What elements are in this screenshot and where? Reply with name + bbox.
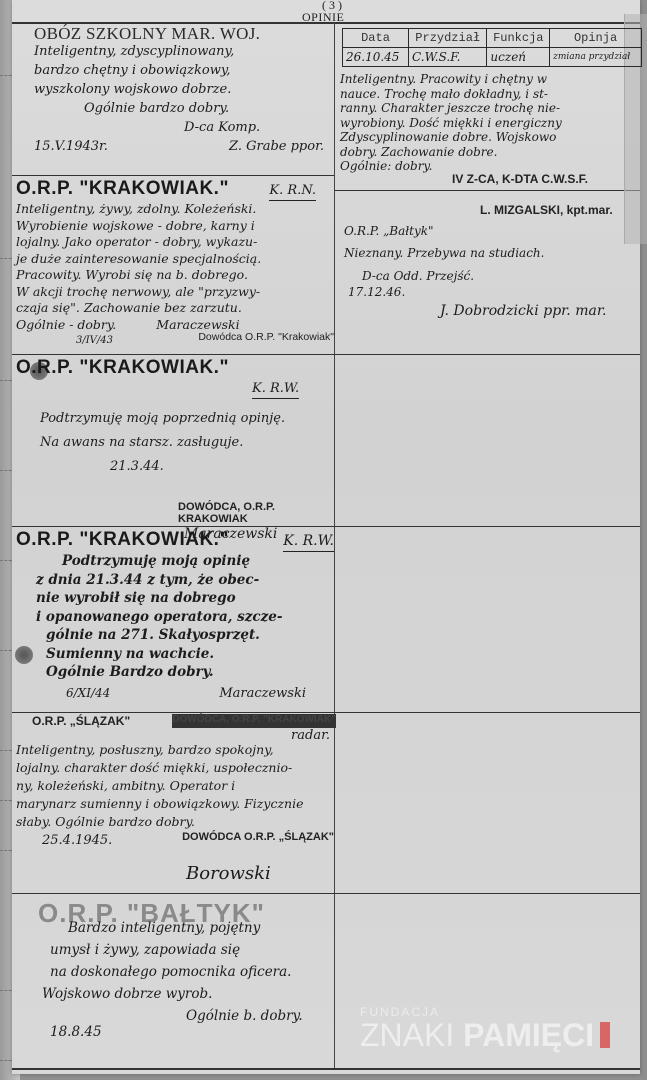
opinion-line: Inteligentny, zdyscyplinowany, (34, 42, 334, 61)
opinion-line: dobry. Zachowanie dobre. (340, 145, 630, 160)
opinion-line: ny, koleżeński, ambitny. Operator i (16, 777, 332, 795)
opinion-line: Inteligentny, posłuszny, bardzo spokojny… (16, 741, 332, 759)
entry-krakowiak-1: O.R.P. "KRAKOWIAK." K. R.N. Inteligentny… (16, 178, 332, 350)
opinion-line: wyrobiony. Dość miękki i energiczny (340, 116, 630, 131)
opinion-line: i opanowanego operatora, szcze- (16, 608, 332, 627)
opinion-line: Zdyscyplinowanie dobre. Wojskowo (340, 130, 630, 145)
column-header: Data (343, 29, 409, 48)
watermark: FUNDACJA ZNAKI PAMIĘCI (360, 1005, 610, 1051)
opinion-line: nauce. Trochę mało dokładny, i st- (340, 87, 630, 102)
opinion-line: Podtrzymuję moją poprzednią opinję. (40, 407, 332, 431)
entry-baltyk-1946: O.R.P. „Bałtyk" Nieznany. Przebywa na st… (344, 220, 634, 322)
entry-date: 3/IV/43 (16, 331, 113, 350)
watermark-bold: PAMIĘCI (463, 1017, 594, 1053)
commander-name-stamp: L. MIZGALSKI, kpt.mar. (480, 203, 613, 217)
opinion-line: wyszkolony wojskowo dobrze. (34, 80, 334, 99)
opinion-line: W akcji trochę nerwowy, ale "przyzwy- (16, 284, 332, 301)
signature: Borowski (16, 864, 332, 883)
unit-mark: K. R.W. (252, 379, 299, 399)
opinion-line: umysł i żywy, zapowiada się (38, 939, 334, 961)
divider (334, 190, 640, 191)
cell-function: uczeń (487, 48, 550, 67)
center-divider (334, 22, 335, 1070)
column-header: Przydział (409, 29, 487, 48)
opinion-line: słaby. Ogólnie bardzo dobry. (16, 813, 332, 831)
divider (12, 354, 640, 355)
opinion-line: czaja się". Zachowanie bez zarzutu. (16, 300, 332, 317)
opinion-line: Nieznany. Przebywa na studiach. (344, 242, 634, 264)
entry-krakowiak-2: O.R.P. "KRAKOWIAK." K. R.W. Podtrzymuję … (16, 357, 332, 544)
commander-stamp: Dowódca O.R.P. "Krakowiak" (198, 331, 334, 350)
entry-date: 17.12.46. (344, 284, 634, 300)
entry-cwsf: Inteligentny. Pracowity i chętny w nauce… (340, 72, 630, 174)
signature: J. Dobrodzicki ppr. mar. (344, 300, 634, 322)
opinion-line: Wyrobienie wojskowe - dobre, karny i (16, 218, 332, 235)
unit-stamp: OBÓZ SZKOLNY MAR. WOJ. (34, 24, 334, 44)
divider (12, 712, 640, 713)
watermark-accent-bar (600, 1022, 610, 1048)
opinion-line: na doskonałego pomocnika oficera. (38, 961, 334, 983)
deputy-stamp: IV Z-CA, K-DTA C.W.S.F. (452, 172, 588, 186)
signature: Z. Grabe ppor. (229, 137, 324, 156)
bottom-rule (12, 1068, 640, 1070)
divider (12, 893, 640, 894)
opinion-line: bardzo chętny i obowiązkowy, (34, 61, 334, 80)
opinion-line: z dnia 21.3.44 z tym, że obec- (16, 571, 332, 590)
opinion-line: Na awans na starsz. zasługuje. (40, 431, 332, 455)
unit-stamp: O.R.P. „ŚLĄZAK" (16, 714, 130, 728)
entry-date: 6/XI/44 (16, 684, 110, 703)
divider (12, 175, 334, 176)
column-header: Funkcja (487, 29, 550, 48)
unit-stamp: O.R.P. "KRAKOWIAK." (16, 178, 229, 200)
opinion-line: Wojskowo dobrze wyrob. (38, 983, 334, 1005)
opinion-line: ranny. Charakter jeszcze trochę nie- (340, 101, 630, 116)
opinion-line: Sumienny na wachcie. (16, 645, 332, 664)
signature-title: D-ca Odd. Przejść. (344, 268, 634, 284)
opinion-line: Bardzo inteligentny, pojętny (38, 917, 334, 939)
unit-name: O.R.P. „Bałtyk" (344, 220, 634, 242)
entry-baltyk: O.R.P. "BAŁTYK" Bardzo inteligentny, poj… (38, 898, 334, 1043)
entry-krakowiak-3: O.R.P. "KRAKOWIAK." K. R.W. Podtrzymuję … (16, 529, 332, 703)
unit-stamp: O.R.P. "KRAKOWIAK." (16, 529, 229, 551)
commander-stamp: DOWÓDCA, O.R.P. KRAKOWIAK (16, 501, 332, 525)
opinion-line: Ogólnie Bardzo dobry. (16, 663, 332, 682)
document-page: ( 3 ) OPINIE OBÓZ SZKOLNY MAR. WOJ. Inte… (12, 0, 640, 1074)
opinion-line: nie wyrobił się na dobrego (16, 589, 332, 608)
opinion-line: Inteligentny. Pracowity i chętny w (340, 72, 630, 87)
entry-slazak: O.R.P. „ŚLĄZAK" DOWÓDCA, O.R.P. "KRAKOWI… (16, 714, 332, 883)
unit-mark: K. R.N. (269, 181, 316, 201)
unit-mark: K. R.W. (283, 532, 334, 552)
opinion-line: je duże zainteresowanie specjalnością. (16, 251, 332, 268)
signature: Maraczewski (219, 684, 306, 703)
opinion-line: Podtrzymuję moją opinię (16, 552, 332, 571)
opinion-line: Ogólnie bardzo dobry. (34, 99, 334, 118)
opinion-line: marynarz sumienny i obowiązkowy. Fizyczn… (16, 795, 332, 813)
entry-date: 21.3.44. (40, 455, 332, 479)
commander-stamp: DOWÓDCA O.R.P. „ŚLĄZAK" (182, 831, 334, 850)
watermark-light: ZNAKI (360, 1017, 463, 1053)
cell-opinion: zmiana przydział (550, 48, 642, 67)
opinion-line: gólnie na 271. Skałyosprzęt. (16, 626, 332, 645)
opinion-line: Inteligentny, żywy, zdolny. Koleżeński. (16, 201, 332, 218)
signature-title: D-ca Komp. (34, 118, 334, 137)
assignment-table: Data Przydział Funkcja Opinja 26.10.45 C… (342, 28, 642, 67)
entry-date: 15.V.1943r. (34, 137, 108, 156)
opinion-line: lojalny. charakter dość miękki, uspołecz… (16, 759, 332, 777)
opinion-line: Pracowity. Wyrobi się na b. dobrego. (16, 267, 332, 284)
opinion-line: lojalny. Jako operator - dobry, wykazu- (16, 234, 332, 251)
cell-assignment: C.W.S.F. (409, 48, 487, 67)
cell-date: 26.10.45 (343, 48, 409, 67)
entry-oboz-szkolny: OBÓZ SZKOLNY MAR. WOJ. Inteligentny, zdy… (34, 24, 334, 156)
entry-date: 25.4.1945. (16, 831, 112, 850)
unit-stamp: O.R.P. "KRAKOWIAK." (16, 357, 332, 379)
column-header: Opinja (550, 29, 642, 48)
